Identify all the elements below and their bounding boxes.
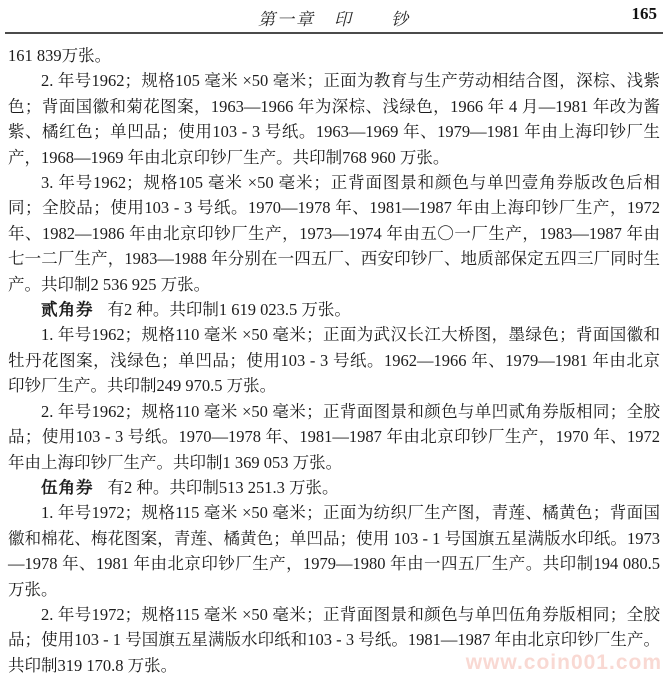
book-page: 第一章 印 钞 165 161 839万张。 2. 年号1962；规格105 毫… [0, 0, 668, 678]
paragraph-wujiao-type2: 2. 年号1972；规格115 毫米 ×50 毫米；正背面图景和颜色与单凹伍角券… [8, 602, 660, 678]
paragraph-wujiao-type1: 1. 年号1972；规格115 毫米 ×50 毫米；正面为纺织厂生产图，青莲、橘… [8, 500, 660, 602]
section-summary-wujiao: 有2 种。共印制513 251.3 万张。 [108, 478, 339, 497]
paragraph-erjiao-type2: 2. 年号1962；规格110 毫米 ×50 毫米；正背面图景和颜色与单凹贰角券… [8, 399, 660, 475]
section-label-wujiao: 伍角券 [41, 478, 94, 497]
paragraph-yijiao-type3: 3. 年号1962；规格105 毫米 ×50 毫米；正背面图景和颜色与单凹壹角券… [8, 170, 660, 297]
page-number: 165 [632, 4, 658, 24]
paragraph-continuation: 161 839万张。 [8, 43, 660, 68]
page-header: 第一章 印 钞 165 [0, 0, 668, 30]
section-label-erjiao: 贰角券 [41, 300, 94, 319]
section-heading-wujiao: 伍角券有2 种。共印制513 251.3 万张。 [8, 475, 660, 500]
section-summary-erjiao: 有2 种。共印制1 619 023.5 万张。 [108, 300, 351, 319]
body-text: 161 839万张。 2. 年号1962；规格105 毫米 ×50 毫米；正面为… [0, 34, 668, 678]
section-heading-erjiao: 贰角券有2 种。共印制1 619 023.5 万张。 [8, 297, 660, 322]
chapter-title: 第一章 印 钞 [0, 5, 668, 30]
paragraph-yijiao-type2: 2. 年号1962；规格105 毫米 ×50 毫米；正面为教育与生产劳动相结合图… [8, 68, 660, 170]
paragraph-erjiao-type1: 1. 年号1962；规格110 毫米 ×50 毫米；正面为武汉长江大桥图，墨绿色… [8, 322, 660, 398]
